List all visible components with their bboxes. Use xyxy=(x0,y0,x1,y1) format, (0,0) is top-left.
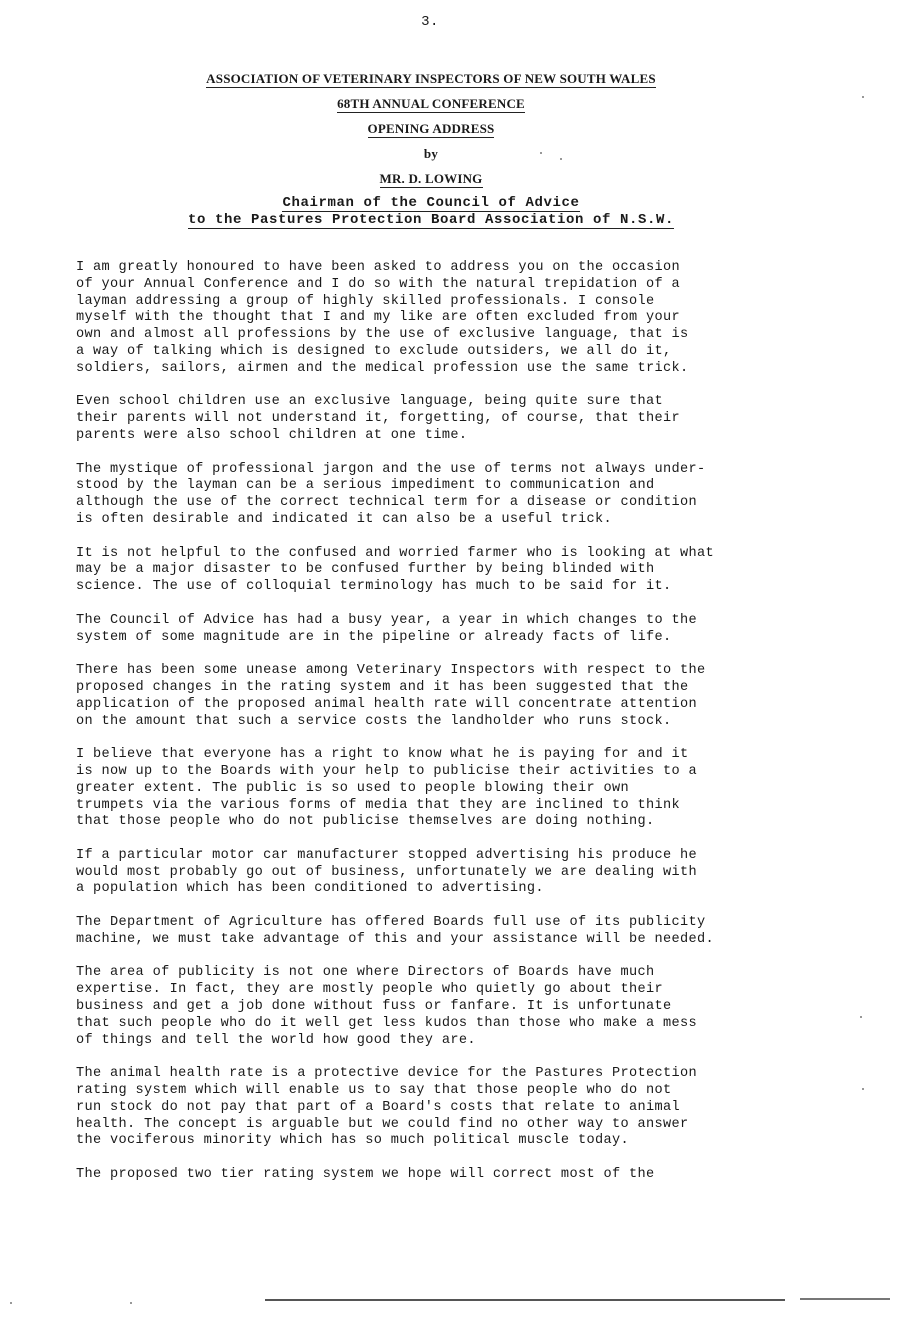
paragraph: I believe that everyone has a right to k… xyxy=(76,747,816,831)
scan-speck xyxy=(10,1302,12,1304)
speaker-role-line-2: to the Pastures Protection Board Associa… xyxy=(188,212,674,229)
paragraph: There has been some unease among Veterin… xyxy=(76,663,816,730)
scan-speck xyxy=(130,1302,132,1304)
scan-speck xyxy=(540,152,542,154)
paragraph: It is not helpful to the confused and wo… xyxy=(76,546,816,596)
paragraph: The proposed two tier rating system we h… xyxy=(76,1167,816,1184)
address-body: I am greatly honoured to have been asked… xyxy=(76,260,816,1201)
page-number: 3. xyxy=(0,14,860,30)
scan-speck xyxy=(862,1088,864,1090)
document-header: ASSOCIATION OF VETERINARY INSPECTORS OF … xyxy=(0,66,862,229)
paragraph: The mystique of professional jargon and … xyxy=(76,462,816,529)
by-line: by xyxy=(0,141,862,166)
scan-artifact-rule xyxy=(265,1299,785,1301)
paragraph: The area of publicity is not one where D… xyxy=(76,965,816,1049)
scan-speck xyxy=(862,96,864,98)
paragraph: The Department of Agriculture has offere… xyxy=(76,915,816,949)
paragraph: I am greatly honoured to have been asked… xyxy=(76,260,816,378)
paragraph: The Council of Advice has had a busy yea… xyxy=(76,613,816,647)
association-title: ASSOCIATION OF VETERINARY INSPECTORS OF … xyxy=(0,66,862,91)
scan-speck xyxy=(860,1016,862,1018)
address-title: OPENING ADDRESS xyxy=(0,116,862,141)
scan-artifact-rule xyxy=(800,1298,890,1300)
speaker-name: MR. D. LOWING xyxy=(0,166,862,191)
paragraph: If a particular motor car manufacturer s… xyxy=(76,848,816,898)
paragraph: Even school children use an exclusive la… xyxy=(76,394,816,444)
speaker-role: Chairman of the Council of Advice to the… xyxy=(188,195,674,229)
speaker-role-line-1: Chairman of the Council of Advice xyxy=(188,195,674,212)
scan-speck xyxy=(560,158,562,160)
paragraph: The animal health rate is a protective d… xyxy=(76,1066,816,1150)
conference-title: 68TH ANNUAL CONFERENCE xyxy=(0,91,862,116)
